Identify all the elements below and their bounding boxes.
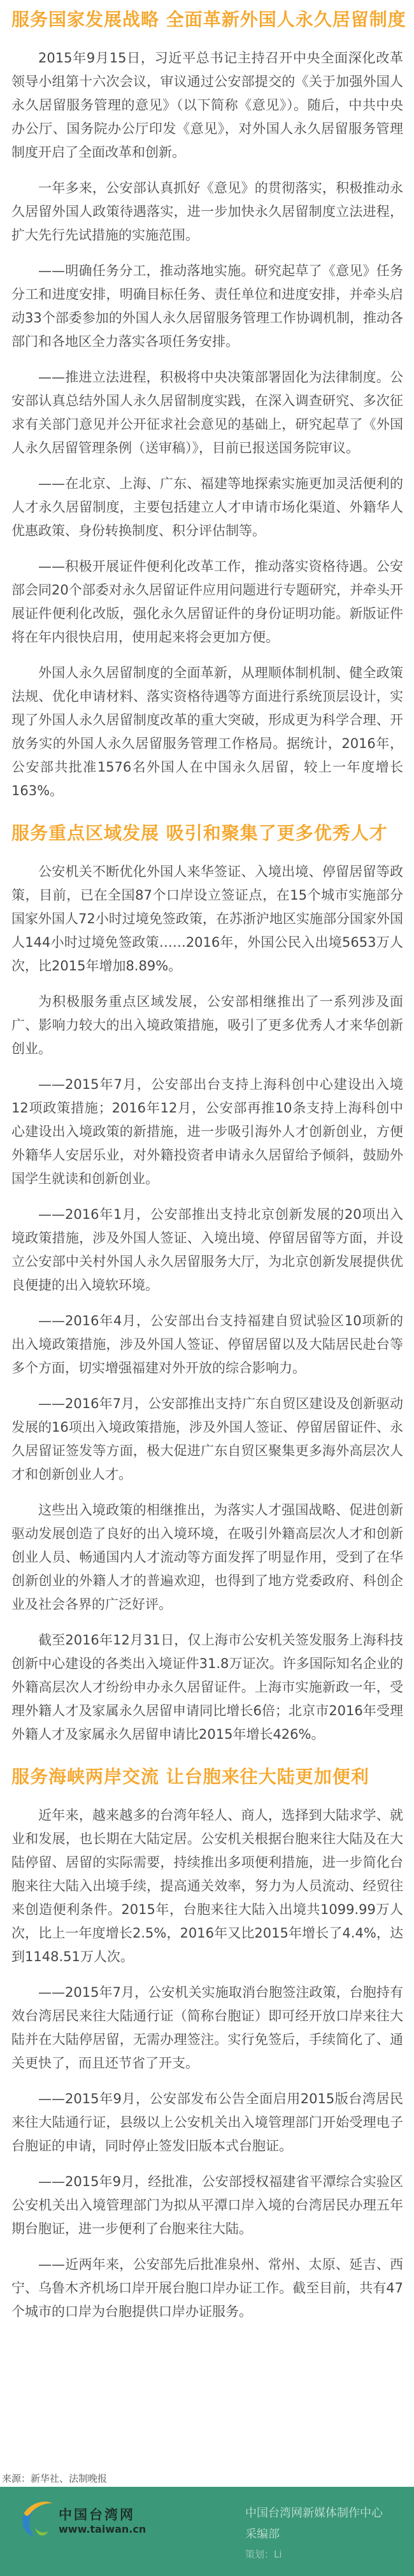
paragraph: ——在北京、上海、广东、福建等地探索实施更加灵活便利的人才永久居留制度，主要包括… bbox=[11, 472, 403, 543]
taiwan-net-logo-icon bbox=[19, 2498, 56, 2543]
taiwan-net-logo-text: 中国台湾网 www.taiwan.cn bbox=[59, 2507, 146, 2535]
section-3-title: 服务海峡两岸交流 让台胞来往大陆更加便利 bbox=[11, 1766, 403, 1788]
source-credit: 来源：新华社、法制晚报 bbox=[2, 2472, 107, 2485]
paragraph: 截至2016年12月31日，仅上海市公安机关签发服务上海科技创新中心建设的各类出… bbox=[11, 1629, 403, 1746]
section-2-title: 服务重点区域发展 吸引和聚集了更多优秀人才 bbox=[11, 822, 403, 845]
paragraph: ——推进立法进程，积极将中央决策部署固化为法律制度。公安部认真总结外国人永久居留… bbox=[11, 366, 403, 460]
section-1-title: 服务国家发展战略 全面革新外国人永久居留制度 bbox=[11, 8, 403, 31]
infographic-page: 服务国家发展战略 全面革新外国人永久居留制度 2015年9月15日，习近平总书记… bbox=[0, 0, 414, 2576]
paragraph: ——2015年7月，公安部出台支持上海科创中心建设出入境12项政策措施；2016… bbox=[11, 1073, 403, 1191]
paragraph: 为积极服务重点区域发展，公安部相继推出了一系列涉及面广、影响力较大的出入境政策措… bbox=[11, 990, 403, 1061]
credit-planner: 策划：Li bbox=[245, 2549, 383, 2560]
paragraph: ——积极开展证件便利化改革工作，推动落实资格待遇。公安部会同20个部委对永久居留… bbox=[11, 555, 403, 649]
credit-production-center: 中国台湾网新媒体制作中心 bbox=[245, 2507, 383, 2520]
paragraph: 近年来，越来越多的台湾年轻人、商人，选择到大陆求学、就业和发展，也长期在大陆定居… bbox=[11, 1804, 403, 1969]
logo-site-name: 中国台湾网 bbox=[59, 2507, 146, 2522]
paragraph: ——2015年9月，公安部发布公告全面启用2015版台湾居民来往大陆通行证，县级… bbox=[11, 2087, 403, 2158]
paragraph: 外国人永久居留制度的全面革新，从理顺体制机制、健全政策法规、优化申请材料、落实资… bbox=[11, 661, 403, 803]
paragraph: 公安机关不断优化外国人来华签证、入境出境、停留居留等政策，目前，已在全国87个口… bbox=[11, 860, 403, 978]
credit-department: 采编部 bbox=[245, 2528, 383, 2541]
paragraph: ——2016年4月，公安部出台支持福建自贸试验区10项新的出入境政策措施，涉及外… bbox=[11, 1309, 403, 1380]
logo-site-url: www.taiwan.cn bbox=[59, 2524, 146, 2535]
paragraph: 这些出入境政策的相继推出，为落实人才强国战略、促进创新驱动发展创造了良好的出入境… bbox=[11, 1499, 403, 1616]
footer: 中国台湾网 www.taiwan.cn 中国台湾网新媒体制作中心 采编部 策划：… bbox=[0, 2487, 414, 2576]
paragraph: ——2015年9月，经批准，公安部授权福建省平潭综合实验区公安机关出入境管理部门… bbox=[11, 2170, 403, 2241]
paragraph: ——2016年1月，公安部推出支持北京创新发展的20项出入境政策措施，涉及外国人… bbox=[11, 1203, 403, 1297]
paragraph: ——近两年来，公安部先后批准泉州、常州、太原、延吉、西宁、乌鲁木齐机场口岸开展台… bbox=[11, 2253, 403, 2324]
paragraph: 2015年9月15日，习近平总书记主持召开中央全面深化改革领导小组第十六次会议，… bbox=[11, 47, 403, 164]
paragraph: 一年多来，公安部认真抓好《意见》的贯彻落实，积极推动永久居留外国人政策待遇落实，… bbox=[11, 176, 403, 247]
paragraph: ——2015年7月，公安机关实施取消台胞签注政策，台胞持有效台湾居民来往大陆通行… bbox=[11, 1981, 403, 2075]
paragraph: ——2016年7月，公安部推出支持广东自贸区建设及创新驱动发展的16项出入境政策… bbox=[11, 1392, 403, 1486]
paragraph: ——明确任务分工，推动落地实施。研究起草了《意见》任务分工和进度安排，明确目标任… bbox=[11, 259, 403, 354]
footer-credits: 中国台湾网新媒体制作中心 采编部 策划：Li bbox=[245, 2507, 383, 2560]
article-body: 服务国家发展战略 全面革新外国人永久居留制度 2015年9月15日，习近平总书记… bbox=[0, 8, 414, 2324]
